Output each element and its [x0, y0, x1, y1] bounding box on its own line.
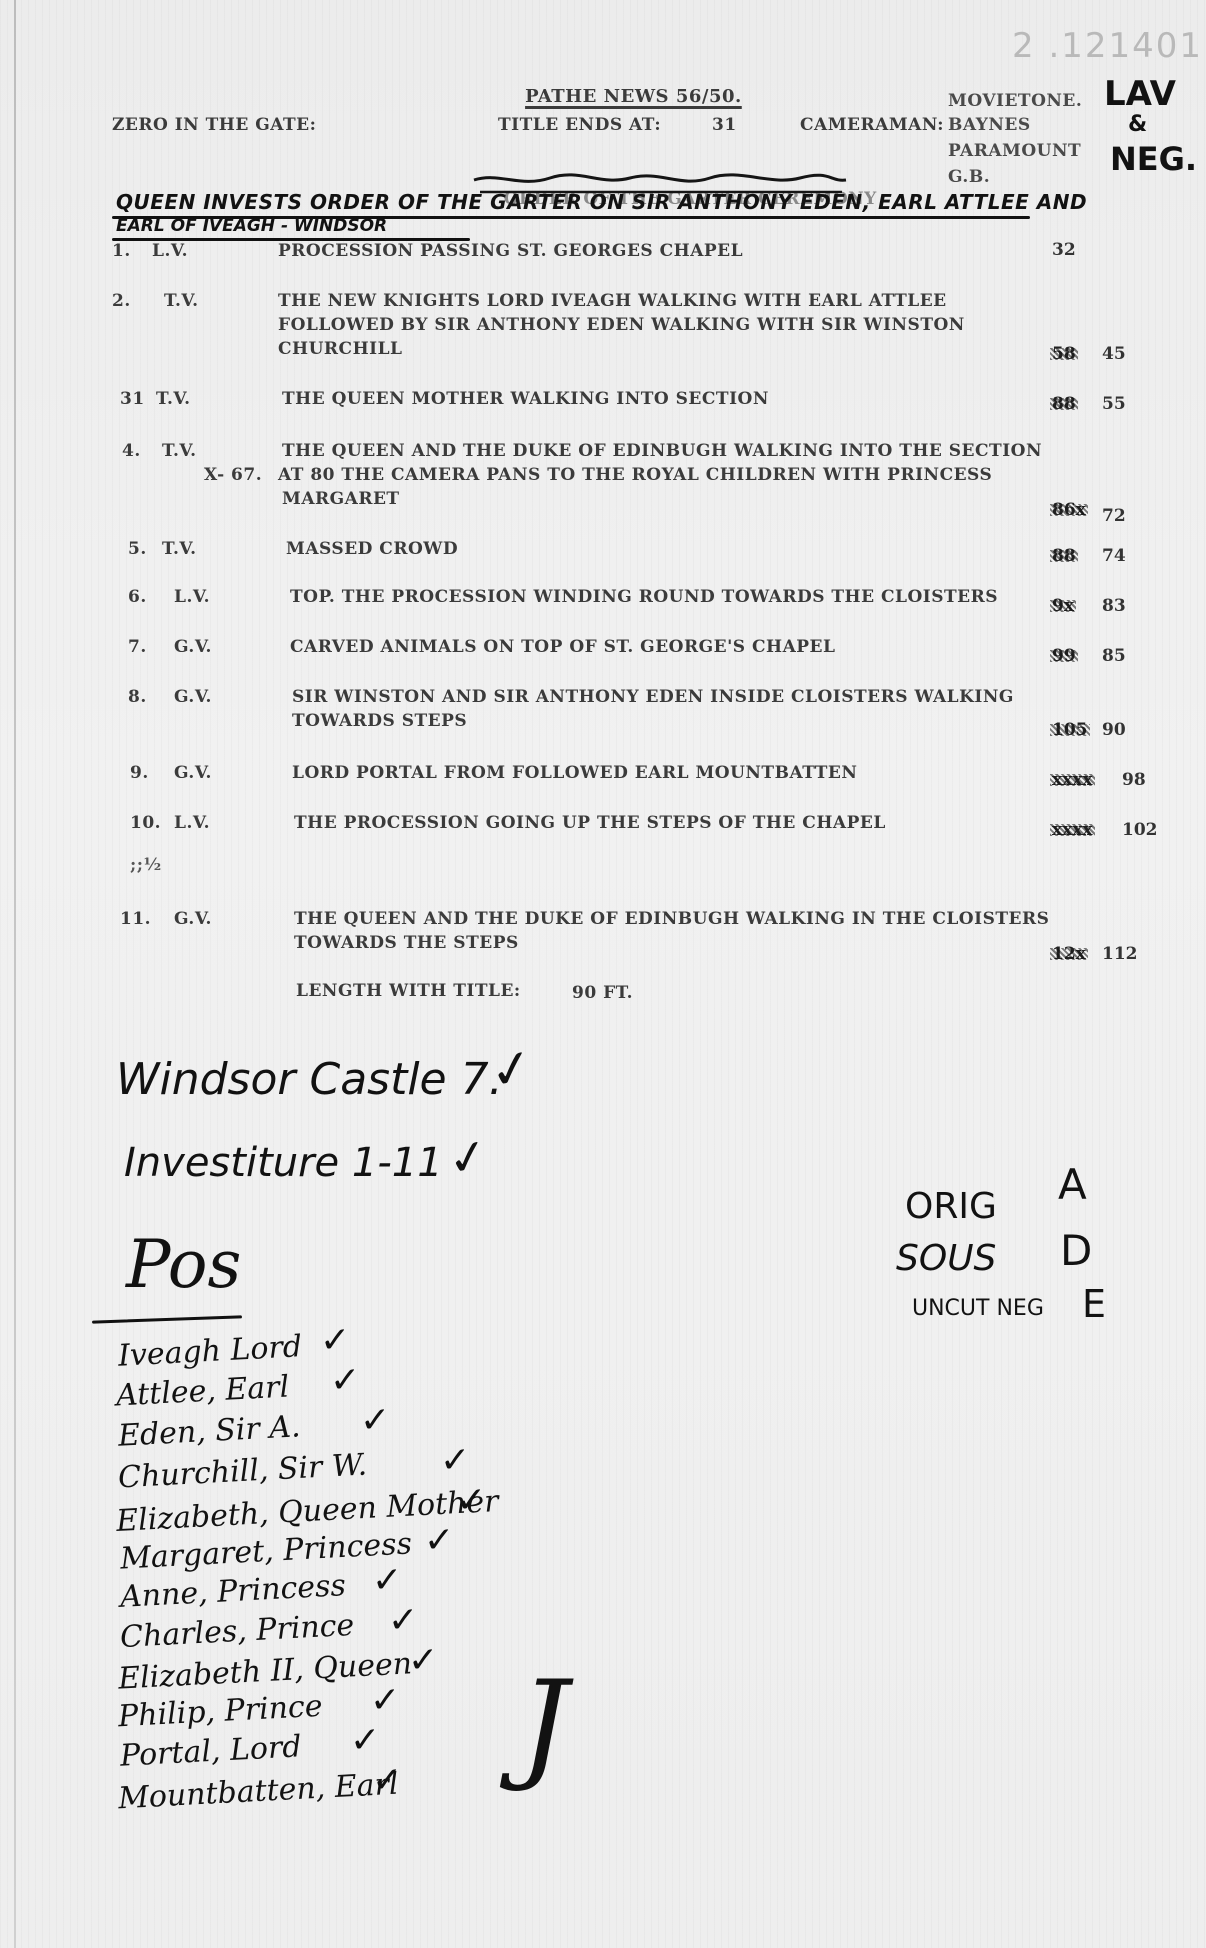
shot-number: 9. — [130, 762, 149, 784]
title-ends-label: TITLE ENDS AT: — [498, 114, 661, 136]
person-entry: Iveagh Lord — [117, 1329, 303, 1374]
shot-description-line: THE QUEEN AND THE DUKE OF EDINBUGH WALKI… — [282, 440, 1042, 462]
shot-description-line: TOWARDS THE STEPS — [294, 932, 519, 954]
footage-count: 83 — [1102, 596, 1126, 616]
shot-description-line: THE QUEEN MOTHER WALKING INTO SECTION — [282, 388, 769, 410]
cameraman-baynes: BAYNES — [948, 114, 1031, 136]
footage-count: 55 — [1102, 394, 1126, 414]
handwritten-subject-line2: EARL OF IVEAGH - WINDSOR — [116, 216, 387, 236]
footage-count: 98 — [1122, 770, 1146, 790]
check-icon: ✓ — [485, 1037, 538, 1104]
sous-label: SOUS — [896, 1238, 996, 1279]
shot-number: 11. — [120, 908, 151, 930]
person-entry: Elizabeth II, Queen — [117, 1646, 413, 1696]
handwritten-initial: J — [520, 1656, 568, 1795]
title-ends-value: 31 — [712, 114, 737, 136]
handwritten-neg: NEG. — [1110, 140, 1197, 178]
shot-type: T.V. — [156, 388, 191, 410]
shot-number: 1. — [112, 240, 131, 262]
person-entry: Mountbatten, Earl — [117, 1767, 399, 1817]
shot-description-line: CARVED ANIMALS ON TOP OF ST. GEORGE'S CH… — [290, 636, 835, 658]
shot-number: 8. — [128, 686, 147, 708]
person-entry: Philip, Prince — [117, 1689, 323, 1735]
shot-type: T.V. — [162, 538, 197, 560]
handwritten-lav: LAV — [1104, 74, 1176, 114]
shot-description-line: PROCESSION PASSING ST. GEORGES CHAPEL — [278, 240, 743, 262]
footage-count: 72 — [1102, 506, 1126, 526]
footage-count: 32 — [1052, 240, 1076, 260]
footage-count: 85 — [1102, 646, 1126, 666]
shot-description-line: LORD PORTAL FROM FOLLOWED EARL MOUNTBATT… — [292, 762, 857, 784]
check-icon: ✓ — [370, 1680, 400, 1721]
person-entry: Churchill, Sir W. — [117, 1448, 368, 1496]
archive-reference: 2 .121401 — [1012, 26, 1203, 66]
shot-description-line: FOLLOWED BY SIR ANTHONY EDEN WALKING WIT… — [278, 314, 965, 336]
check-icon: ✓ — [424, 1520, 454, 1561]
shot-description-line: THE QUEEN AND THE DUKE OF EDINBUGH WALKI… — [294, 908, 1049, 930]
cameraman-label: CAMERAMAN: — [800, 114, 944, 136]
struck-footage-count: 58 — [1052, 344, 1076, 364]
struck-footage-count: xxxx — [1052, 820, 1093, 840]
zero-in-gate-label: ZERO IN THE GATE: — [112, 114, 316, 136]
shot-number: 4. — [122, 440, 141, 462]
orig-label: ORIG — [905, 1186, 997, 1227]
handwritten-subject-line1: QUEEN INVESTS ORDER OF THE GARTER ON SIR… — [116, 190, 1087, 214]
shot-type: L.V. — [174, 812, 210, 834]
check-icon: ✓ — [388, 1600, 418, 1641]
person-entry: Anne, Princess — [119, 1568, 346, 1615]
footage-count: 74 — [1102, 546, 1126, 566]
shot-description-line: THE PROCESSION GOING UP THE STEPS OF THE… — [294, 812, 886, 834]
shot-number: 31 — [120, 388, 145, 410]
cameraman-gb: G.B. — [948, 166, 990, 188]
shot-description-line: MASSED CROWD — [286, 538, 458, 560]
footage-count: 102 — [1122, 820, 1158, 840]
struck-footage-count: 86x — [1052, 500, 1086, 520]
check-icon: ✓ — [456, 1480, 486, 1521]
shot-type: L.V. — [152, 240, 188, 262]
shot-type: G.V. — [174, 686, 212, 708]
shot-description-line: MARGARET — [282, 488, 400, 510]
people-heading-underline — [92, 1315, 242, 1323]
uncut-neg-code: E — [1082, 1282, 1106, 1326]
shot-description-line: AT 80 THE CAMERA PANS TO THE ROYAL CHILD… — [278, 464, 992, 486]
shot-number: 10. — [130, 812, 161, 834]
shot-type: T.V. — [162, 440, 197, 462]
length-label: LENGTH WITH TITLE: — [296, 980, 521, 1002]
document-title-text: PATHE NEWS 56/50. — [525, 86, 742, 107]
orig-code: A — [1058, 1160, 1087, 1209]
shot-description-line: CHURCHILL — [278, 338, 403, 360]
note-investiture: Investiture 1-11 — [124, 1140, 443, 1186]
shot-type: G.V. — [174, 762, 212, 784]
check-icon: ✓ — [320, 1320, 350, 1361]
person-entry: Eden, Sir A. — [117, 1409, 301, 1454]
shot-type: T.V. — [164, 290, 199, 312]
check-icon: ✓ — [372, 1560, 402, 1601]
shot-number: 7. — [128, 636, 147, 658]
footage-count: 45 — [1102, 344, 1126, 364]
struck-footage-count: 88 — [1052, 546, 1076, 566]
struck-footage-count: 12x — [1052, 944, 1086, 964]
shot-description-line: TOWARDS STEPS — [292, 710, 467, 732]
shot-type: G.V. — [174, 908, 212, 930]
footage-count: 90 — [1102, 720, 1126, 740]
footage-count: 112 — [1102, 944, 1138, 964]
check-icon: ✓ — [330, 1360, 360, 1401]
note-windsor-castle: Windsor Castle 7. — [116, 1054, 503, 1105]
struck-footage-count: 88 — [1052, 394, 1076, 414]
struck-footage-count: 9x — [1052, 596, 1074, 616]
check-icon: ✓ — [440, 1440, 470, 1481]
check-icon: ✓ — [350, 1720, 380, 1761]
check-icon: ✓ — [360, 1400, 390, 1441]
document-page: 2 .121401 PATHE NEWS 56/50. ZERO IN THE … — [0, 0, 1206, 1948]
shot-number: 6. — [128, 586, 147, 608]
check-icon: ✓ — [372, 1760, 402, 1801]
stray-mark: ;;½ — [130, 854, 162, 876]
uncut-neg-label: UNCUT NEG — [912, 1296, 1044, 1321]
shot-description-line: SIR WINSTON AND SIR ANTHONY EDEN INSIDE … — [292, 686, 1014, 708]
shot-description-line: THE NEW KNIGHTS LORD IVEAGH WALKING WITH… — [278, 290, 947, 312]
struck-footage-count: xxxx — [1052, 770, 1093, 790]
cameraman-paramount: PARAMOUNT — [948, 140, 1081, 162]
shot-description-line: TOP. THE PROCESSION WINDING ROUND TOWARD… — [290, 586, 998, 608]
shot-margin-note: X- 67. — [204, 464, 262, 486]
shot-number: 5. — [128, 538, 147, 560]
cameraman-movietone: MOVIETONE. — [948, 90, 1082, 112]
shot-type: L.V. — [174, 586, 210, 608]
struck-footage-count: 105 — [1052, 720, 1088, 740]
people-heading: Pos — [126, 1226, 241, 1303]
person-entry: Charles, Prince — [119, 1608, 355, 1655]
person-entry: Attlee, Earl — [115, 1369, 290, 1413]
shot-number: 2. — [112, 290, 131, 312]
person-entry: Portal, Lord — [119, 1729, 302, 1773]
length-value: 90 ft. — [572, 982, 633, 1004]
check-icon: ✓ — [443, 1127, 492, 1189]
check-icon: ✓ — [408, 1640, 438, 1681]
page-edge — [14, 0, 16, 1948]
struck-footage-count: 99 — [1052, 646, 1076, 666]
shot-type: G.V. — [174, 636, 212, 658]
sous-code: D — [1060, 1226, 1092, 1275]
handwritten-ampersand: & — [1128, 112, 1147, 137]
